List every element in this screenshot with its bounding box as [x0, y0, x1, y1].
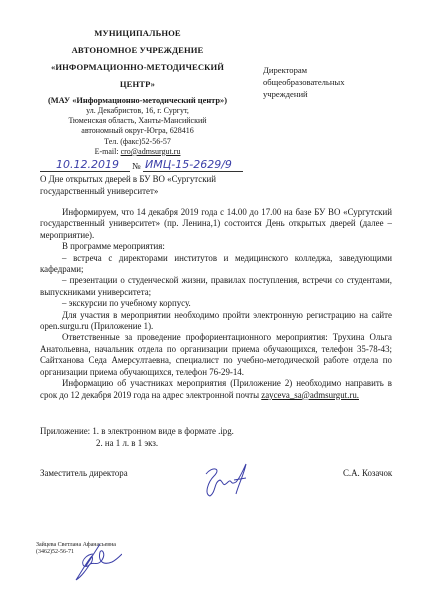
number-sign: №: [132, 161, 141, 171]
executor-signature-icon: [72, 540, 122, 584]
recipient-line-2: общеобразовательных: [263, 76, 413, 88]
letter-body: Информируем, что 14 декабря 2019 года с …: [40, 207, 392, 401]
registration-paragraph: Для участия в мероприятии необходимо про…: [40, 310, 392, 333]
phone-fax: Тел. (факс)52-56-57: [25, 137, 250, 147]
date-underline: [40, 171, 130, 172]
signer-name: С.А. Козачок: [343, 468, 392, 478]
responsible-paragraph: Ответственные за проведение профориентац…: [40, 332, 392, 378]
number-underline: [143, 171, 243, 172]
org-name-line-2: АВТОНОМНОЕ УЧРЕЖДЕНИЕ: [25, 42, 250, 59]
org-name-line-3: «ИНФОРМАЦИОННО-МЕТОДИЧЕСКИЙ: [25, 59, 250, 76]
participants-email-link[interactable]: zayceva_sa@admsurgut.ru.: [261, 390, 359, 400]
attachments-block: Приложение: 1. в электронном виде в форм…: [40, 425, 234, 449]
registration-number: ИМЦ-15-2629/9: [143, 158, 243, 171]
address-line-2: Тюменская область, Ханты-Мансийский: [25, 116, 250, 126]
program-item-2: – презентации о студенческой жизни, прав…: [40, 275, 392, 298]
org-short-name: (МАУ «Информационно-методический центр»): [25, 95, 250, 106]
letter-subject: О Дне открытых дверей в БУ ВО «Сургутски…: [40, 174, 260, 197]
participants-paragraph: Информацию об участниках мероприятия (Пр…: [40, 378, 392, 401]
program-item-3: – экскурсии по учебному корпусу.: [40, 298, 392, 309]
attachment-item-2: 2. на 1 л. в 1 экз.: [40, 437, 234, 449]
email-line: E-mail: cro@admsurgut.ru: [25, 147, 250, 157]
signature-scribble-icon: [200, 460, 252, 500]
org-email-link[interactable]: cro@admsurgut.ru: [121, 147, 181, 156]
attachments-label: Приложение:: [40, 426, 90, 436]
recipient-block: Директорам общеобразовательных учреждени…: [263, 64, 413, 100]
recipient-line-1: Директорам: [263, 64, 413, 76]
recipient-line-3: учреждений: [263, 88, 413, 100]
org-name-line-1: МУНИЦИПАЛЬНОЕ: [25, 25, 250, 42]
letterhead: МУНИЦИПАЛЬНОЕ АВТОНОМНОЕ УЧРЕЖДЕНИЕ «ИНФ…: [25, 25, 250, 157]
address-line-1: ул. Декабристов, 16, г. Сургут,: [25, 106, 250, 116]
program-title: В программе мероприятия:: [40, 241, 392, 252]
intro-paragraph: Информируем, что 14 декабря 2019 года с …: [40, 207, 392, 241]
program-item-1: – встреча с директорами институтов и мед…: [40, 253, 392, 276]
registration-date-field: 10.12.2019: [40, 158, 130, 172]
address-line-3: автономный округ-Югра, 628416: [25, 126, 250, 136]
registration-date: 10.12.2019: [40, 158, 130, 171]
attachment-item-1: 1. в электронном виде в формате .ipg.: [92, 426, 234, 436]
email-label: E-mail:: [95, 147, 121, 156]
signer-position: Заместитель директора: [40, 468, 128, 478]
org-name-line-4: ЦЕНТР»: [25, 76, 250, 93]
registration-number-field: ИМЦ-15-2629/9: [143, 158, 243, 172]
